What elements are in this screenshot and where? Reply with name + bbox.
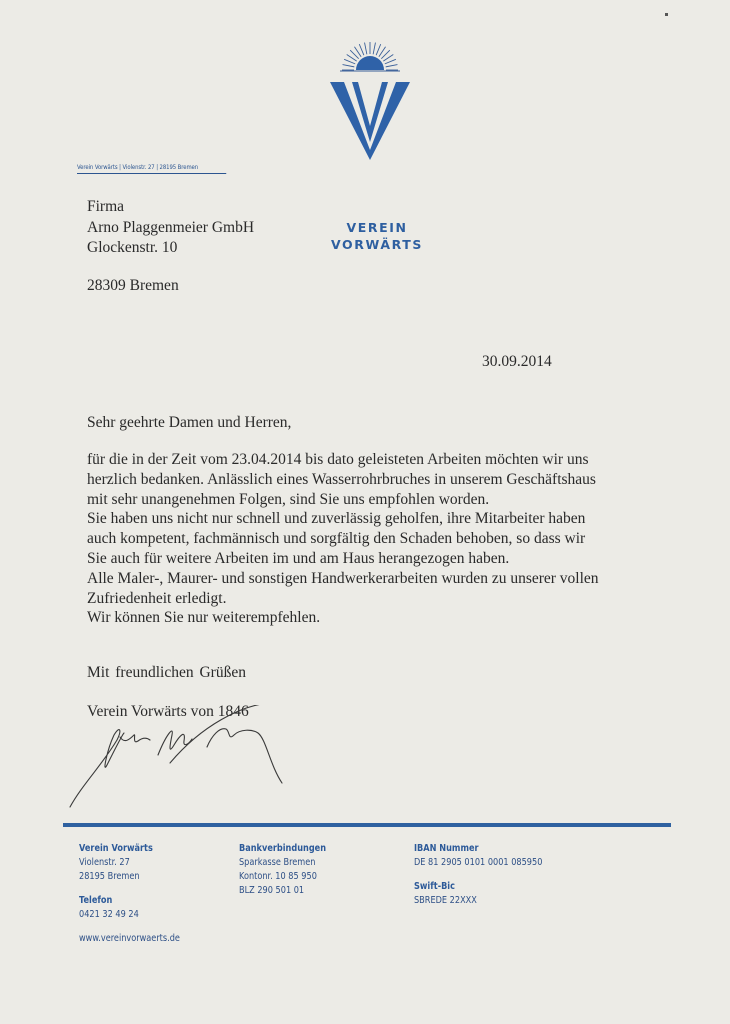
footer-iban: IBAN Nummer DE 81 2905 0101 0001 085950 … xyxy=(414,842,563,908)
body-line: Wir können Sie nur weiterempfehlen. xyxy=(87,608,667,628)
sender-return-address: Verein Vorwärts | Violenstr. 27 | 28195 … xyxy=(77,163,226,174)
recipient-company: Arno Plaggenmeier GmbH xyxy=(87,218,254,239)
recipient-line-1: Firma xyxy=(87,197,254,218)
salutation: Sehr geehrte Damen und Herren, xyxy=(87,414,291,432)
footer-bank-name: Sparkasse Bremen xyxy=(239,856,326,870)
body-line: für die in der Zeit vom 23.04.2014 bis d… xyxy=(87,450,667,470)
footer-phone-label: Telefon xyxy=(79,894,180,908)
footer-account: Kontonr. 10 85 950 xyxy=(239,870,326,884)
recipient-street: Glockenstr. 10 xyxy=(87,238,254,259)
footer-iban-label: IBAN Nummer xyxy=(414,842,542,856)
brand-line-2: VORWÄRTS xyxy=(331,236,423,253)
body-line: herzlich bedanken. Anlässlich eines Wass… xyxy=(87,470,667,490)
recipient-address: Firma Arno Plaggenmeier GmbH Glockenstr.… xyxy=(87,197,254,296)
footer-iban-value: DE 81 2905 0101 0001 085950 xyxy=(414,856,542,870)
letter-body: für die in der Zeit vom 23.04.2014 bis d… xyxy=(87,450,667,628)
footer-bank: Bankverbindungen Sparkasse Bremen Konton… xyxy=(239,842,340,898)
body-line: mit sehr unangenehmen Folgen, sind Sie u… xyxy=(87,490,667,510)
closing: Mit freundlichen Grüßen xyxy=(87,664,246,682)
brand-wordmark: VEREIN VORWÄRTS xyxy=(331,219,423,253)
paper-speck xyxy=(665,13,668,16)
body-line: Sie auch für weitere Arbeiten im und am … xyxy=(87,549,667,569)
brand-line-1: VEREIN xyxy=(331,219,423,236)
footer-bic-value: SBREDE 22XXX xyxy=(414,894,542,908)
recipient-city: 28309 Bremen xyxy=(87,276,254,297)
footer-bank-label: Bankverbindungen xyxy=(239,842,326,856)
signature-icon xyxy=(62,705,322,815)
footer-phone: 0421 32 49 24 xyxy=(79,908,180,922)
body-line: auch kompetent, fachmännisch und sorgfäl… xyxy=(87,529,667,549)
footer-org-name: Verein Vorwärts xyxy=(79,842,180,856)
verein-vorwaerts-logo-icon xyxy=(328,40,412,162)
footer-org-street: Violenstr. 27 xyxy=(79,856,180,870)
body-line: Alle Maler-, Maurer- und sonstigen Handw… xyxy=(87,569,667,589)
footer-contact: Verein Vorwärts Violenstr. 27 28195 Brem… xyxy=(79,842,196,946)
body-line: Sie haben uns nicht nur schnell und zuve… xyxy=(87,509,667,529)
body-line: Zufriedenheit erledigt. xyxy=(87,589,667,609)
footer-website-link[interactable]: www.vereinvorwaerts.de xyxy=(79,932,180,946)
letter-date: 30.09.2014 xyxy=(482,353,552,371)
footer-bic-label: Swift-Bic xyxy=(414,880,542,894)
footer-divider xyxy=(63,823,671,827)
footer-blz: BLZ 290 501 01 xyxy=(239,884,326,898)
footer-org-city: 28195 Bremen xyxy=(79,870,180,884)
